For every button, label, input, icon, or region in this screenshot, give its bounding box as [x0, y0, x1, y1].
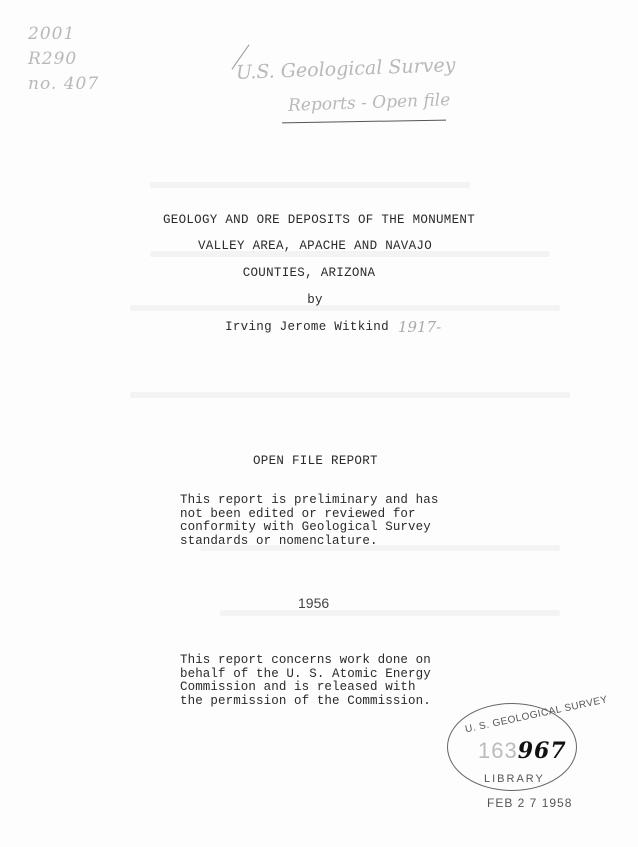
stamp-date: FEB 2 7 1958 [487, 796, 572, 810]
handwritten-subseries: Reports - Open file [288, 90, 451, 116]
bleed-through-line [150, 182, 470, 188]
disclaimer-text: This report is preliminary and has not b… [180, 494, 438, 548]
printed-number: 163 [478, 738, 518, 763]
title-line: COUNTIES, ARIZONA [0, 266, 628, 280]
title-line: GEOLOGY AND ORE DEPOSITS OF THE MONUMENT [0, 213, 638, 227]
catalog-line: 2001 [28, 22, 99, 47]
author-name: Irving Jerome Witkind [0, 320, 626, 334]
publication-year: 1956 [298, 595, 329, 611]
handwritten-number: 967 [518, 738, 567, 764]
handwritten-series: U.S. Geological Survey [236, 54, 456, 84]
underline [282, 120, 446, 124]
bleed-through-line [130, 392, 570, 398]
by-line: by [0, 293, 634, 307]
bleed-through-line [220, 610, 560, 616]
author-birth-year: 1917- [398, 318, 441, 336]
stamp-library: LIBRARY [484, 773, 545, 785]
report-type: OPEN FILE REPORT [253, 454, 378, 468]
aec-notice: This report concerns work done on behalf… [180, 654, 431, 708]
title-line: VALLEY AREA, APACHE AND NAVAJO [0, 239, 634, 253]
catalog-line: R290 [28, 47, 99, 72]
catalog-annotation: 2001 R290 no. 407 [28, 22, 99, 97]
catalog-line: no. 407 [28, 72, 99, 97]
stamp-accession-number: 163967 [478, 738, 567, 764]
document-page: 2001 R290 no. 407 U.S. Geological Survey… [0, 0, 638, 847]
